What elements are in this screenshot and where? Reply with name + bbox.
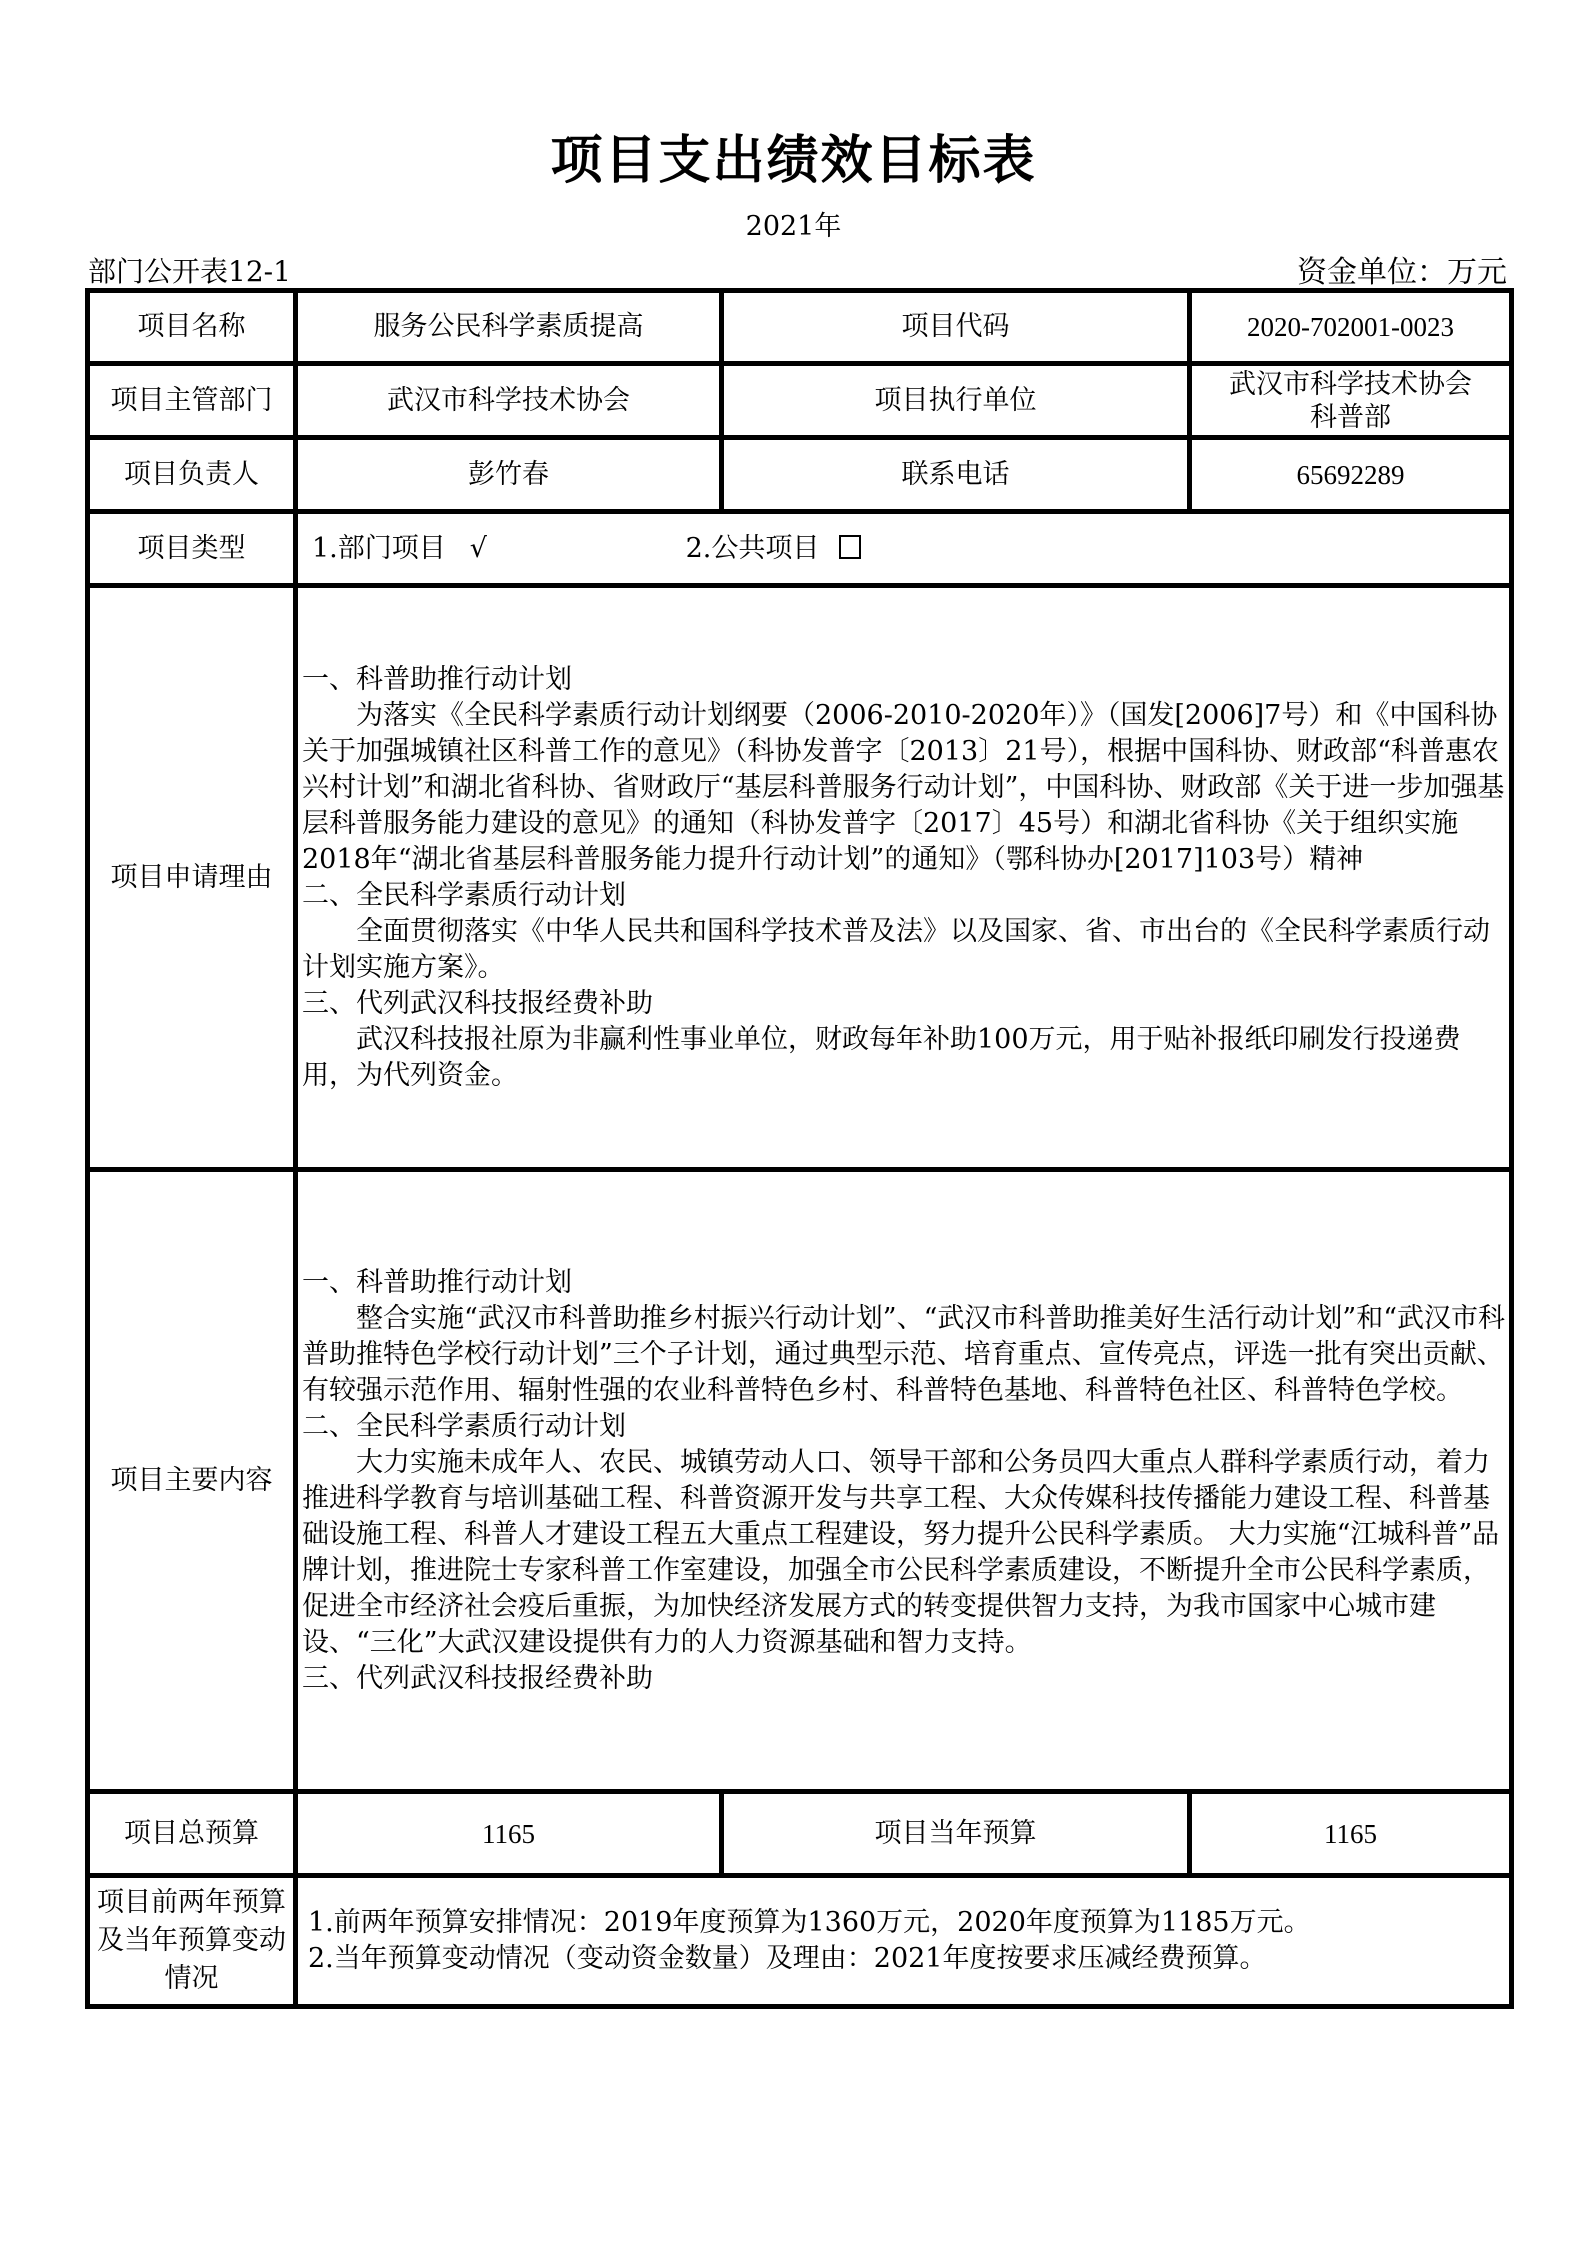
- reason-paragraph: 三、代列武汉科技报经费补助: [302, 986, 1505, 1022]
- main-content-body: 一、科普助推行动计划 整合实施“武汉市科普助推乡村振兴行动计划”、“武汉市科普助…: [296, 1170, 1512, 1792]
- content-paragraph: 整合实施“武汉市科普助推乡村振兴行动计划”、“武汉市科普助推美好生活行动计划”和…: [302, 1301, 1505, 1409]
- content-paragraph: 大力实施未成年人、农民、城镇劳动人口、领导干部和公务员四大重点人群科学素质行动，…: [302, 1445, 1505, 1661]
- table-row: 项目总预算 1165 项目当年预算 1165: [88, 1792, 1512, 1876]
- table-row: 项目申请理由 一、科普助推行动计划 为落实《全民科学素质行动计划纲要（2006-…: [88, 586, 1512, 1170]
- budget-change-line: 1.前两年预算安排情况：2019年度预算为1360万元，2020年度预算为118…: [308, 1905, 1509, 1941]
- budget-change-line: 2.当年预算变动情况（变动资金数量）及理由：2021年度按要求压减经费预算。: [308, 1941, 1509, 1977]
- phone-label: 联系电话: [722, 438, 1190, 512]
- check-mark-icon: √: [470, 533, 487, 564]
- project-leader-label: 项目负责人: [88, 438, 296, 512]
- reason-paragraph: 为落实《全民科学素质行动计划纲要（2006-2010-2020年）》（国发[20…: [302, 698, 1505, 878]
- project-name-value: 服务公民科学素质提高: [296, 291, 722, 364]
- table-row: 项目名称 服务公民科学素质提高 项目代码 2020-702001-0023: [88, 291, 1512, 364]
- project-leader-value: 彭竹春: [296, 438, 722, 512]
- exec-unit-line1: 武汉市科学技术协会: [1192, 368, 1509, 401]
- reason-paragraph: 全面贯彻落实《中华人民共和国科学技术普及法》以及国家、省、市出台的《全民科学素质…: [302, 914, 1505, 986]
- table-row: 项目前两年预算及当年预算变动情况 1.前两年预算安排情况：2019年度预算为13…: [88, 1876, 1512, 2007]
- phone-value: 65692289: [1190, 438, 1512, 512]
- reason-paragraph: 武汉科技报社原为非赢利性事业单位，财政每年补助100万元，用于贴补报纸印刷发行投…: [302, 1022, 1505, 1094]
- type-option-public[interactable]: 2.公共项目: [686, 531, 862, 567]
- form-number: 部门公开表12-1: [88, 250, 291, 290]
- current-year-budget-label: 项目当年预算: [722, 1792, 1190, 1876]
- budget-change-content: 1.前两年预算安排情况：2019年度预算为1360万元，2020年度预算为118…: [296, 1876, 1512, 2007]
- project-name-label: 项目名称: [88, 291, 296, 364]
- exec-unit-label: 项目执行单位: [722, 364, 1190, 438]
- main-content-label: 项目主要内容: [88, 1170, 296, 1792]
- application-reason-label: 项目申请理由: [88, 586, 296, 1170]
- table-row: 项目主管部门 武汉市科学技术协会 项目执行单位 武汉市科学技术协会 科普部: [88, 364, 1512, 438]
- content-paragraph: 二、全民科学素质行动计划: [302, 1409, 1505, 1445]
- application-reason-content: 一、科普助推行动计划 为落实《全民科学素质行动计划纲要（2006-2010-20…: [296, 586, 1512, 1170]
- type-option-dept[interactable]: 1.部门项目√: [312, 531, 487, 567]
- exec-unit-line2: 科普部: [1192, 401, 1509, 434]
- type-option-public-label: 2.公共项目: [686, 533, 820, 564]
- supervising-dept-label: 项目主管部门: [88, 364, 296, 438]
- table-row: 项目主要内容 一、科普助推行动计划 整合实施“武汉市科普助推乡村振兴行动计划”、…: [88, 1170, 1512, 1792]
- table-row: 项目负责人 彭竹春 联系电话 65692289: [88, 438, 1512, 512]
- report-year: 2021年: [0, 204, 1587, 243]
- empty-checkbox-icon[interactable]: [839, 535, 861, 559]
- content-paragraph: 一、科普助推行动计划: [302, 1265, 1505, 1301]
- performance-target-table: 项目名称 服务公民科学素质提高 项目代码 2020-702001-0023 项目…: [85, 288, 1514, 2009]
- exec-unit-value: 武汉市科学技术协会 科普部: [1190, 364, 1512, 438]
- project-code-value: 2020-702001-0023: [1190, 291, 1512, 364]
- type-option-dept-label: 1.部门项目: [312, 533, 446, 564]
- reason-paragraph: 一、科普助推行动计划: [302, 662, 1505, 698]
- reason-paragraph: 二、全民科学素质行动计划: [302, 878, 1505, 914]
- content-paragraph: 三、代列武汉科技报经费补助: [302, 1661, 1505, 1697]
- page-title: 项目支出绩效目标表: [0, 118, 1587, 193]
- currency-unit: 资金单位：万元: [1297, 247, 1507, 291]
- total-budget-value: 1165: [296, 1792, 722, 1876]
- project-code-label: 项目代码: [722, 291, 1190, 364]
- project-type-label: 项目类型: [88, 512, 296, 586]
- current-year-budget-value: 1165: [1190, 1792, 1512, 1876]
- project-type-options: 1.部门项目√ 2.公共项目: [296, 512, 1512, 586]
- supervising-dept-value: 武汉市科学技术协会: [296, 364, 722, 438]
- table-row: 项目类型 1.部门项目√ 2.公共项目: [88, 512, 1512, 586]
- total-budget-label: 项目总预算: [88, 1792, 296, 1876]
- budget-change-label: 项目前两年预算及当年预算变动情况: [88, 1876, 296, 2007]
